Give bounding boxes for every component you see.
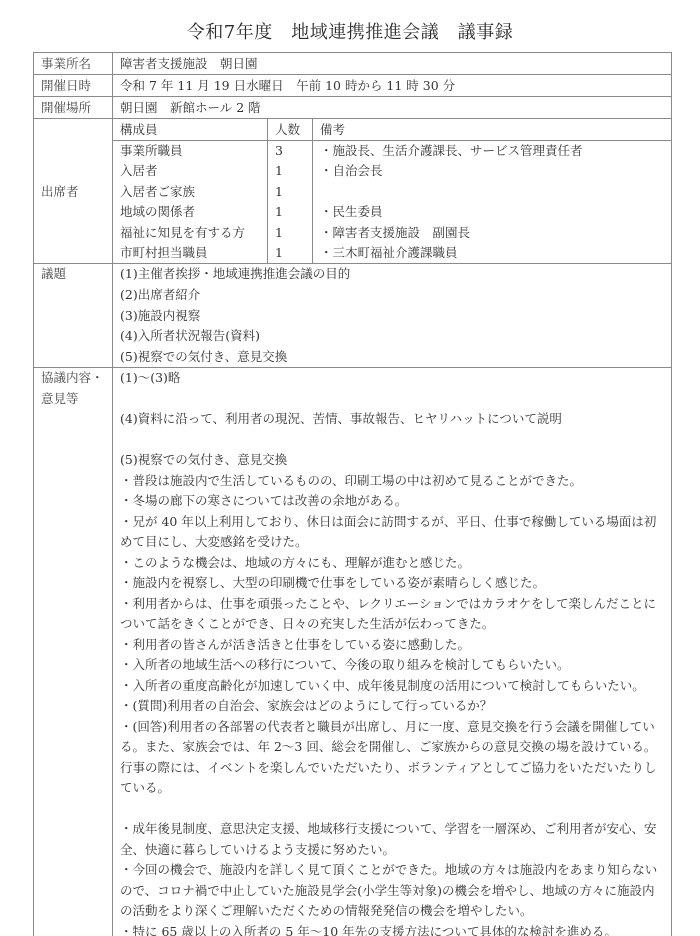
attendee-row: 入居者ご家族 1 [113, 182, 671, 202]
discussion-line: ・利用者の皆さんが活き活きと仕事をしている姿に感動した。 [120, 635, 664, 656]
discussion-line: ・このような機会は、地域の方々にも、理解が進むと感じた。 [120, 553, 664, 574]
attendee-member: 事業所職員 [113, 141, 268, 162]
discussion-line: ・普段は施設内で生活しているものの、印刷工場の中は初めて見ることができた。 [120, 471, 664, 492]
discussion-line: ・兄が 40 年以上利用しており、休日は面会に訪問するが、平日、仕事で稼働してい… [120, 512, 664, 553]
agenda-item: (2)出席者紹介 [120, 285, 664, 306]
attendee-note: ・障害者支援施設 副園長 [313, 223, 672, 243]
row-venue: 開催場所 朝日園 新館ホール 2 階 [34, 97, 672, 119]
discussion-label: 協議内容・ 意見等 [34, 368, 113, 936]
attendee-note: ・施設長、生活介護課長、サービス管理責任者 [313, 141, 672, 162]
facility-value: 障害者支援施設 朝日園 [113, 53, 672, 75]
agenda-item: (3)施設内視察 [120, 306, 664, 327]
discussion-content: (1)～(3)略 (4)資料に沿って、利用者の現況、苦情、事故報告、ヒヤリハット… [113, 368, 672, 936]
minutes-table: 事業所名 障害者支援施設 朝日園 開催日時 令和 7 年 11 月 19 日水曜… [33, 52, 672, 936]
attendee-member: 市町村担当職員 [113, 243, 268, 263]
discussion-line: (5)視察での気付き、意見交換 [120, 450, 664, 471]
blank-line [120, 389, 664, 410]
attendee-row: 市町村担当職員 1 ・三木町福祉介護課職員 [113, 243, 671, 263]
attendee-row: 福祉に知見を有する方 1 ・障害者支援施設 副園長 [113, 223, 671, 243]
attendee-count: 1 [268, 202, 313, 222]
attendees-label: 出席者 [34, 119, 113, 264]
discussion-line: ・今回の機会で、施設内を詳しく見て頂くことができた。地域の方々は施設内をあまり知… [120, 860, 664, 922]
discussion-line: ・特に 65 歳以上の入所者の 5 年～10 年先の支援方法について具体的な検討… [120, 922, 664, 936]
attendee-member: 地域の関係者 [113, 202, 268, 222]
attendee-row: 事業所職員 3 ・施設長、生活介護課長、サービス管理責任者 [113, 141, 671, 162]
discussion-line: ・入所者の地域生活への移行について、今後の取り組みを検討してもらいたい。 [120, 655, 664, 676]
discussion-line: (1)～(3)略 [120, 368, 664, 389]
blank-line [120, 799, 664, 820]
attendee-note: ・三木町福祉介護課職員 [313, 243, 672, 263]
attendee-note [313, 182, 672, 202]
row-facility: 事業所名 障害者支援施設 朝日園 [34, 53, 672, 75]
attendees-header-row: 構成員 人数 備考 [113, 119, 671, 141]
venue-value: 朝日園 新館ホール 2 階 [113, 97, 672, 119]
row-attendees: 出席者 構成員 人数 備考 事業所職員 3 ・施設長、生活介護課長、サービス管理… [34, 119, 672, 264]
facility-label: 事業所名 [34, 53, 113, 75]
attendees-cell: 構成員 人数 備考 事業所職員 3 ・施設長、生活介護課長、サービス管理責任者 … [113, 119, 672, 264]
discussion-line: ・入所者の重度高齢化が加速していく中、成年後見制度の活用について検討してもらいた… [120, 676, 664, 697]
attendee-row: 地域の関係者 1 ・民生委員 [113, 202, 671, 222]
agenda-items: (1)主催者挨拶・地域連携推進会議の目的 (2)出席者紹介 (3)施設内視察 (… [113, 264, 672, 368]
discussion-line: ・冬場の廊下の寒さについては改善の余地がある。 [120, 491, 664, 512]
agenda-item: (5)視察での気付き、意見交換 [120, 347, 664, 368]
row-datetime: 開催日時 令和 7 年 11 月 19 日水曜日 午前 10 時から 11 時 … [34, 75, 672, 97]
discussion-line: ・利用者からは、仕事を頑張ったことや、レクリエーションではカラオケをして楽しんだ… [120, 594, 664, 635]
discussion-line: (4)資料に沿って、利用者の現況、苦情、事故報告、ヒヤリハットについて説明 [120, 409, 664, 430]
attendee-count: 1 [268, 223, 313, 243]
row-agenda: 議題 (1)主催者挨拶・地域連携推進会議の目的 (2)出席者紹介 (3)施設内視… [34, 264, 672, 368]
agenda-item: (4)入所者状況報告(資料) [120, 326, 664, 347]
agenda-label: 議題 [34, 264, 113, 368]
attendee-row: 入居者 1 ・自治会長 [113, 161, 671, 181]
question-line: ・(質問)利用者の自治会、家族会はどのようにして行っているか？ [120, 696, 664, 717]
attendee-count: 1 [268, 243, 313, 263]
answer-line: ・(回答)利用者の各部署の代表者と職員が出席し、月に一度、意見交換を行う会議を開… [120, 717, 664, 799]
blank-line [120, 430, 664, 451]
attendee-count: 3 [268, 141, 313, 162]
venue-label: 開催場所 [34, 97, 113, 119]
attendee-member: 福祉に知見を有する方 [113, 223, 268, 243]
row-discussion: 協議内容・ 意見等 (1)～(3)略 (4)資料に沿って、利用者の現況、苦情、事… [34, 368, 672, 936]
attendee-count: 1 [268, 161, 313, 181]
header-notes: 備考 [313, 119, 672, 141]
datetime-label: 開催日時 [34, 75, 113, 97]
attendees-table: 構成員 人数 備考 事業所職員 3 ・施設長、生活介護課長、サービス管理責任者 … [113, 119, 671, 263]
document-title: 令和7年度 地域連携推進会議 議事録 [0, 18, 700, 44]
agenda-item: (1)主催者挨拶・地域連携推進会議の目的 [120, 264, 664, 285]
attendee-note: ・自治会長 [313, 161, 672, 181]
header-count: 人数 [268, 119, 313, 141]
header-members: 構成員 [113, 119, 268, 141]
datetime-value: 令和 7 年 11 月 19 日水曜日 午前 10 時から 11 時 30 分 [113, 75, 672, 97]
attendee-member: 入居者 [113, 161, 268, 181]
attendee-member: 入居者ご家族 [113, 182, 268, 202]
discussion-line: ・施設内を視察し、大型の印刷機で仕事をしている姿が素晴らしく感じた。 [120, 573, 664, 594]
attendee-note: ・民生委員 [313, 202, 672, 222]
attendee-count: 1 [268, 182, 313, 202]
discussion-line: ・成年後見制度、意思決定支援、地域移行支援について、学習を一層深め、ご利用者が安… [120, 819, 664, 860]
